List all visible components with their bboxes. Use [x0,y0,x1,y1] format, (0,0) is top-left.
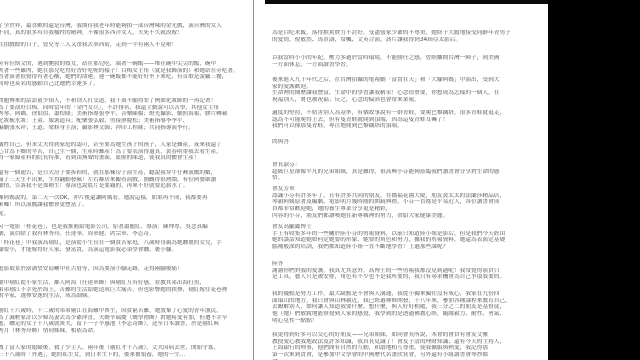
text-line: 另一電影「桂花巷」，也是我推薦給電影公司，原著蕭麗紅、導演：陳坤厚、吳念真編 [0,224,252,231]
text-line: 悟。 [272,175,544,182]
text-line: 劇中剔紅從小家生活，鄰人阿海（任達華飾）與剔紅互有好感，並教其弟出海打魚， [0,280,252,287]
text-line: 秀月（林秀玲飾）情同姊妹，相依為命。 [0,328,252,335]
text-line: 同時也莫名的感動自己比她們幸運多了。 [0,81,252,88]
text-line: 腳要小，才能嫁得好人家、發富貴，為演這電影我必須學會纏、裹小腳。 [0,247,252,254]
paragraph: 後來進入九十年代之后，在台灣拍攝的電視劇「富貴在天」和「大腳阿媽」中演出，受到大… [272,77,544,90]
paragraph: 陸答謝謝你們對我的愛護，我真尤其意外，高博士的一些剪報我都沒見到過呢！我常覺得演… [272,261,544,281]
text-line: 問與答 [272,139,544,146]
text-line: 「桂花巷」中我演高剔紅，是演從小生長在一個貧苦家庭，八歲時母親為她纏裹的女兒，手 [0,240,252,247]
text-line: 三十八歲時「外遇」，她的私生女，到日本生下的，後來被領養，她的一生… [0,352,252,359]
text-line: 我更得到好多可以交心的好朋友——兄弟姐妹，如同會長所說，本會的會員有會友文雅 [272,332,544,339]
paragraph: 會友高顯鑑博士手上有收集多年的一些關於陸小芬的剪報資料，以前只知道陸小姐是影后，… [272,224,544,251]
text-line: 面環山的地方，我只會與山林親近，我已經過禪修開發，十八年來，參加各種課程來教育自… [272,298,544,305]
text-line: 呢。 [0,211,252,218]
text-line: 了全世界，最喜歡的還是台灣，我期待我老年時能夠拍一部台灣味的金光戲，演台灣的女人 [0,23,252,30]
text-line: 內容的小芬，朋友們都讚嘆她在新專輯裡的努力，帶給大家健康美麗。 [272,213,544,220]
book-spread: 了全世界，最喜歡的還是台灣，我期待我老年時能夠拍一部台灣味的金光戲，演台灣的女人… [0,0,548,360]
right-page-top-edge [265,0,548,4]
paragraph: 問題傳來的話語量少煩人，不和別人打交道，我千萬不願得罪了例如化妝師的一再記著！為… [0,98,252,131]
text-line: 他（她）們敏銳地能察覺到人家的感覺，我學到的是透過佛教心經，隨緣毅力、耐性、勇氣… [272,311,544,318]
paragraph: 了全世界，最喜歡的還是台灣，我期待我老年時能夠拍一部台灣味的金光戲，演台灣的女人… [0,23,252,36]
text-line: 第一次來到貴會，是參加中文學會的中國歷代名畫欣賞會，另外還有小組讀書會琴抄都 [272,352,544,359]
paragraph: 為是白吃米飯，落得捱罵費力不討好，受盡張家少爺的不尊重，她終于大膽地接受同齡年青… [272,30,544,43]
text-line: 不同，真的很多有自我犧牲的精神，不像很多西洋女人，夫死不久就改嫁！ [0,30,252,37]
text-line: 超級巨星卻像平凡的兄弟姐妹，真是難得，很高興小芬能夠蒞臨我們讀書會分享對生命的感 [272,169,544,176]
text-line: 劇情，告訴我不是那種生！導演也說底片是要錢的，再來不好就要追薪水了。 [0,183,252,190]
paragraph: 還有一個通告，是日式房子要拆掉的，就在那棟房子演生產，聽說我穿牛仔褲演戲的數，痛… [0,170,252,190]
text-line: 痛了三天生不出來，生得翻動發瘋！左右鄰居來觀看演戲，圍觀得很熱鬧，有位阿婆細讀 [0,177,252,184]
paragraph: 像阿媽說的，第二天一次OK，沖片後還讓阿媽看，她說這樣，如果再不成，我都要再來囉… [0,195,252,208]
text-line: 為了要演好白梅，同時當年的「金門女兵」，不計排名，我還主動說可以苦學，其他女主角 [0,105,252,112]
paragraph: 另一電影「桂花巷」，也是我推薦給電影公司，原著蕭麗紅、導演：陳坤厚、吳念真編劇，… [0,224,252,237]
page-divider [253,0,254,360]
paragraph: 會友芳華認識小芬有許多年了，且有許多共同的朋友，在僑福花園大廈，朋友黃太太的法蘭… [272,186,544,219]
text-line: 編劇張永祥；王道、梁修身主演；攝影林文錦；沖印工程隊；共同指導演李行。 [0,125,252,132]
text-line: 適度的堅持，不妨害別人為基準，有個故事說有一群青蛙，要爬巴黎鐵塔，很多青蛙就退走… [272,110,544,117]
text-line: 劇，演員除了我有林秀玲、任達華、周華健、庹宗華、李志奇。 [0,231,252,238]
text-line: 像阿媽說的，第二天一次OK，沖片後還讓阿媽看，她說這樣，如果再不成，我都要再 [0,195,252,202]
paragraph: 生命裡的閱歷讓我豐富，生命中的學習讓我精采！心念很重要，你想成為怎樣的一個人，在… [272,90,544,103]
text-line: 秀琴、阿嬌、徐伯伯、蕭煌隆；美術指導張季平、音樂陳揚；燈光攝影、劇照海報、膠片轉… [0,111,252,118]
text-line: 問題傳來的話語量少煩人，不和別人打交道，我千萬不願得罪了例如化妝師的一再記著！ [0,98,252,105]
text-line: 認識小芬有許多年了，且有許多共同的朋友，在僑福花園大廈，朋友黃太太的法蘭莎精品店… [272,193,544,200]
document-viewer: 了全世界，最喜歡的還是台灣，我期待我老年時能夠拍一部台灣味的金光戲，演台灣的女人… [0,0,640,360]
text-line: 為是白吃米飯，落得捱罵費力不討好，受盡張家少爺的不尊重，她終于大膽地接受同齡年青… [272,30,544,37]
text-line: 會長淑芬： [272,162,544,169]
paragraph: 旁有位斯文的，遇到艷妝的妓女，站在那兒吃，端著一碗飯——堆在碗中尖尖的飯，碗中夾… [0,61,252,88]
text-line: 手上有收集多年的一些關於陸小芬的剪報資料，以前只知道陸小姐是影后，但是我們今天經… [272,231,544,238]
text-line: 以我當時小小的年紀，壓力多過於當時環境，不能勝任之感，曾經離開台灣一陣子，到美國 [272,55,544,62]
paragraph: 我更得到好多可以交心的好朋友——兄弟姐妹，如同會長所說，本會的會員有會友文雅教授… [272,332,544,360]
paragraph: 犧牲自己，但求丈夫得到家庭的認可，甚至要為她生孩子的孩子，人家是難產，夜來我還了… [0,142,252,162]
text-line: 犧牲自己，但求丈夫得到家庭的認可，甚至要為她生孩子的孩子，人家是難產，夜來我還了 [0,142,252,149]
text-line: 我們可以像那隻青蛙，專注地爬到巴黎鐵塔的頂端。 [272,123,544,130]
text-line: 是工具，藝人只是被安排，角色有不少也不是我所要的，我只有尋求機會為自己爭取我要的… [272,274,544,281]
text-line: 琴韻阿姨原著及編劇、電影明月幾時圓的開鏡典禮，小芬一直都是平易近人，各位讀書會成 [272,199,544,206]
text-line: 去瞭解別人，如何讓人知道我要什麼、想什麼，與人好好相處，我三分之二的朋友是基督徒… [272,304,544,311]
paragraph: 以我當時小小的年紀，壓力多過於當時環境，不能勝任之感，曾經離開台灣一陣子，到美國… [272,55,544,68]
text-line: 做了富人家的媳婦後，救了少主人，兩年後（剔紅才十八歲），丈夫因病去世，開始守寡， [0,345,252,352]
text-line: 看著演著很覺得有著心酸，她們的命運，連一碗飯都不能好好坐下來吃，有首歌是說顧三餐… [0,74,252,81]
text-line: 教授愛心教我地政法及許多知識，我真長見識了！會友子清的理財知識；還有今天的主持人… [272,339,544,346]
text-line: 會友高顯鑑博士 [272,224,544,231]
paragraph: 呢。 [0,211,252,218]
paragraph: 電影取景於澎湖望安島嶼中社古厝等，因為要演小腳走路，走得兩腳痠痛！ [0,266,252,273]
paragraph: 在拍戲餘的日子，豎兒等三人又帶我去華西街，走到一半有兩人不見啦！ [0,42,252,49]
text-line: 旁有位斯文的，遇到艷妝的妓女，站在那兒吃，端著一碗飯——堆在碗中尖尖的飯，碗中 [0,61,252,68]
paragraph: 問與答 [272,139,544,146]
text-line: 逝，纏足的女子十八歲就喪夫，留下一子辛惠池（李志奇飾），送至日本讀書，於是剔紅與 [0,321,252,328]
text-line: 還有一個通告，是日式房子要拆掉的，就在那棟房子演生產，聽說我穿牛仔褲演戲的數， [0,170,252,177]
text-line: 祝福別人，將也被祝福；反之，心念的偏斜也會帶來業報。 [272,97,544,104]
text-line: 心甘為下鄉的辛苦，自己生一個，生產時難產！為了要表演得逼真，黃春明帶我去看生產， [0,149,252,156]
paragraph: 會長淑芬：超級巨星卻像平凡的兄弟姐妹，真是難得，很高興小芬能夠蒞臨我們讀書會分享… [272,162,544,182]
text-line: 剔紅十六歲時，十二歲的弟弟剔江在海難中喪生，因貧窮苦難，她放棄了心愛的青年漁民， [0,308,252,315]
text-line: 在拍戲餘的日子，豎兒等三人又帶我去華西街，走到一半有兩人不見啦！ [0,42,252,49]
text-line: 弟弟剔江不幸死於海上，苦難的生活給她造成巨大痛苦，但也影響她的抉擇，剔紅嫁往花巷… [0,287,252,294]
text-line: 的愛情，倪敏然、馬景濤、常楓、文英合演，該片讓我得到34屆亞太影后。 [272,37,544,44]
text-line: 夾著一些雞肉，她在那兒吃得好香好吃喔的樣子！白梅女主角（就是我飾演的）和她站在旁… [0,68,252,75]
text-line: 來囉！所以演戲讓我體會更豐富了。 [0,202,252,209]
text-line: 她的談話知道她如何定她要的形象、她要的角色和努力，據我的剪報資料，她還為表演定基… [272,237,544,244]
text-line: 會友芳華 [272,186,544,193]
text-line: 腦補般深的培訓，我們都知道陸小姐一直不斷地學習！上過那些課呢？ [272,244,544,251]
text-line: 得一家婦產科的院長特准，看到由無聲的畫面，血腥的味道，使我真的體會生產！ [0,155,252,162]
text-line: 為了減輕家計以少婦為妻去為少爺沖喜，夫婿辛瑞慶（饒學禮飾）對她疼愛有加，但遭不幸… [0,315,252,322]
text-line: 一方面休息，一方面讀書學習。 [272,62,544,69]
text-line: 生命裡的閱歷讓我豐富，生命中的學習讓我精采！心念很重要，你想成為怎樣的一個人，在 [272,90,544,97]
text-line: 我的優點是努力工作，最大缺點是不會與人溝通，我從小獨來獨往沒有戒心，我家在九份四 [272,291,544,298]
paragraph: 適度的堅持，不妨害別人為基準，有個故事說有一群青蛙，要爬巴黎鐵塔，很多青蛙就退走… [272,110,544,130]
text-line: 謝謝你們對我的愛護，我真尤其意外，高博士的一些剪報我都沒見到過呢！我常覺得演員只 [272,268,544,275]
text-line: 明心見性一點點！ [272,318,544,325]
text-line: 員都非常歡迎她，她的養生專業分享更是精彩， [272,206,544,213]
viewer-backdrop [548,0,640,360]
text-line: 化妝梳水妝：王童、服裝道具；配樂張弘毅、剪接廖慶松；美術指導李季平、 [0,118,252,125]
text-line: 認為不可能爬得上去，但有隻青蛙就爬到頂端，因為這隻青蛙耳聾了！ [272,117,544,124]
paragraph: 劇中剔紅從小家生活，鄰人阿海（任達華飾）與剔紅互有好感，並教其弟出海打魚，弟弟剔… [0,280,252,300]
text-line: 的辛家，選擇安逸的生活，成為細姨。 [0,293,252,300]
text-line: 後來進入九十年代之后，在台灣拍攝的電視劇「富貴在天」和「大腳阿媽」中演出，受到大 [272,77,544,84]
paragraph: 我的優點是努力工作，最大缺點是不會與人溝通，我從小獨來獨往沒有戒心，我家在九份四… [272,291,544,324]
paragraph: 剔紅十六歲時，十二歲的弟弟剔江在海難中喪生，因貧窮苦難，她放棄了心愛的青年漁民，… [0,308,252,335]
paragraph: 做了富人家的媳婦後，救了少主人，兩年後（剔紅才十八歲），丈夫因病去世，開始守寡，… [0,345,252,358]
paragraph: 「桂花巷」中我演高剔紅，是演從小生長在一個貧苦家庭，八歲時母親為她纏裹的女兒，手… [0,240,252,253]
text-line: 電影取景於澎湖望安島嶼中社古厝等，因為要演小腳走路，走得兩腳痠痛！ [0,266,252,273]
page-left[interactable]: 了全世界，最喜歡的還是台灣，我期待我老年時能夠拍一部台灣味的金光戲，演台灣的女人… [0,0,253,360]
page-right[interactable]: 為是白吃米飯，落得捱罵費力不討好，受盡張家少爺的不尊重，她終于大膽地接受同齡年青… [255,0,548,360]
text-line: 上海銀行的理事，他們間有自然的互動，和諧地相互尊重，使我佩服與熱愛，我記得那 [272,345,544,352]
text-line: 陸答 [272,261,544,268]
